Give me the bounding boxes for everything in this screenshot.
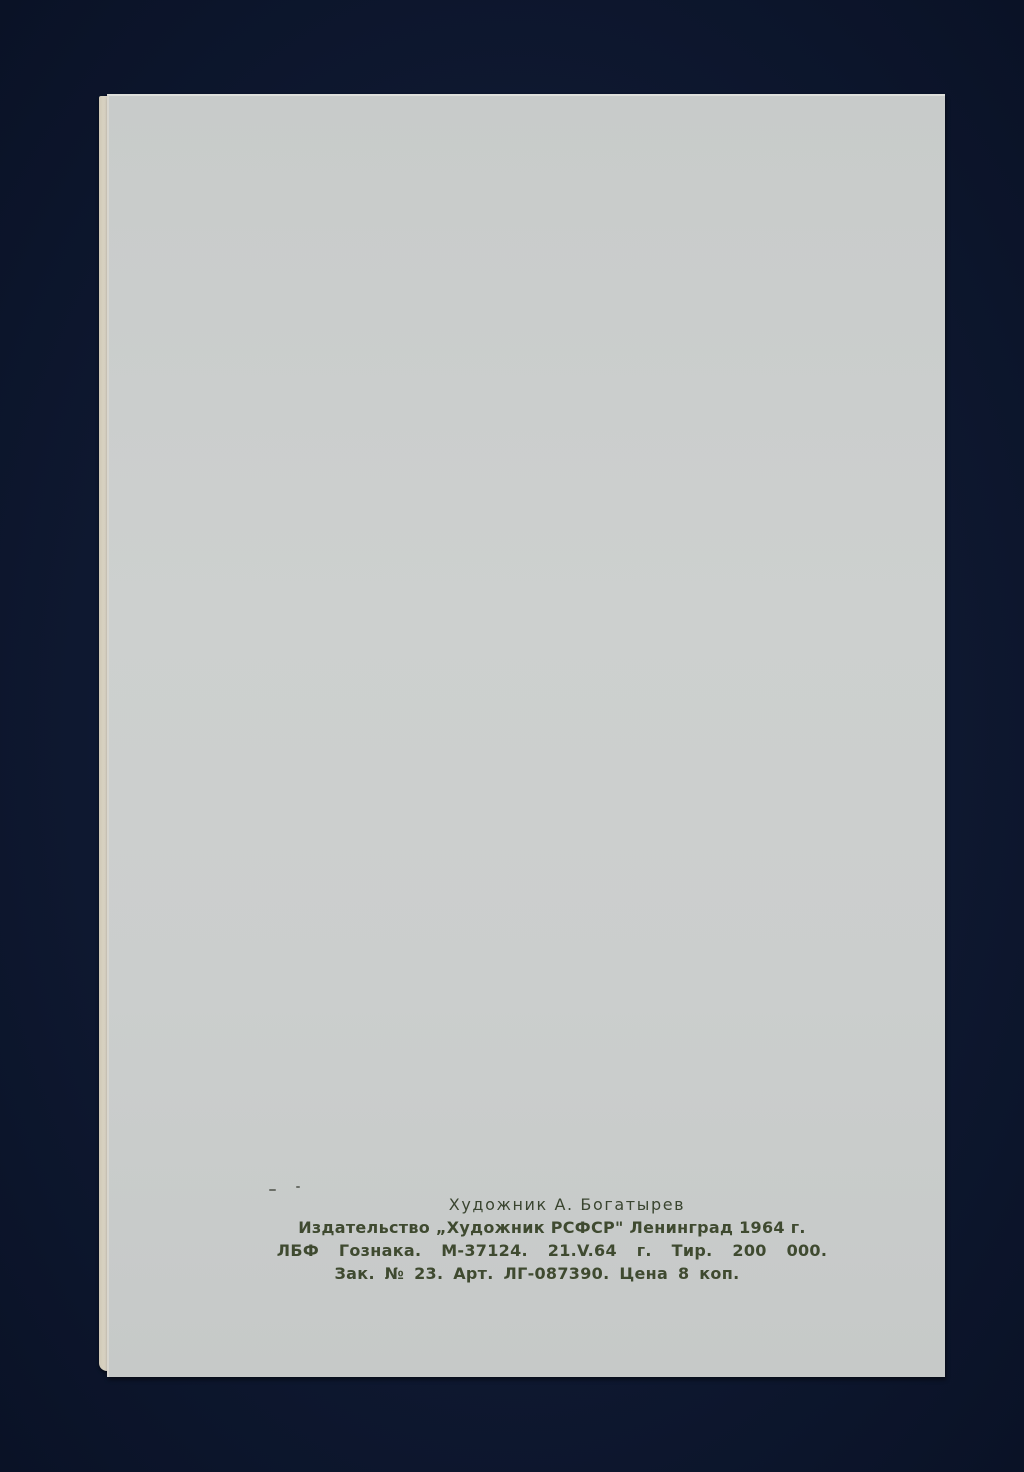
order-price-line: Зак. № 23. Арт. ЛГ-087390. Цена 8 коп.	[129, 1262, 945, 1285]
artist-credit: Художник А. Богатырев	[189, 1193, 945, 1216]
postcard-back: Художник А. Богатырев Издательство „Худо…	[107, 94, 945, 1377]
ink-speck	[269, 1189, 276, 1191]
ink-speck	[296, 1186, 300, 1188]
print-details-line: ЛБФ Гознака. М-37124. 21.V.64 г. Тир. 20…	[159, 1239, 945, 1262]
publisher-line: Издательство „Художник РСФСР" Ленинград …	[159, 1216, 945, 1239]
publisher-imprint: Художник А. Богатырев Издательство „Худо…	[109, 1193, 945, 1285]
